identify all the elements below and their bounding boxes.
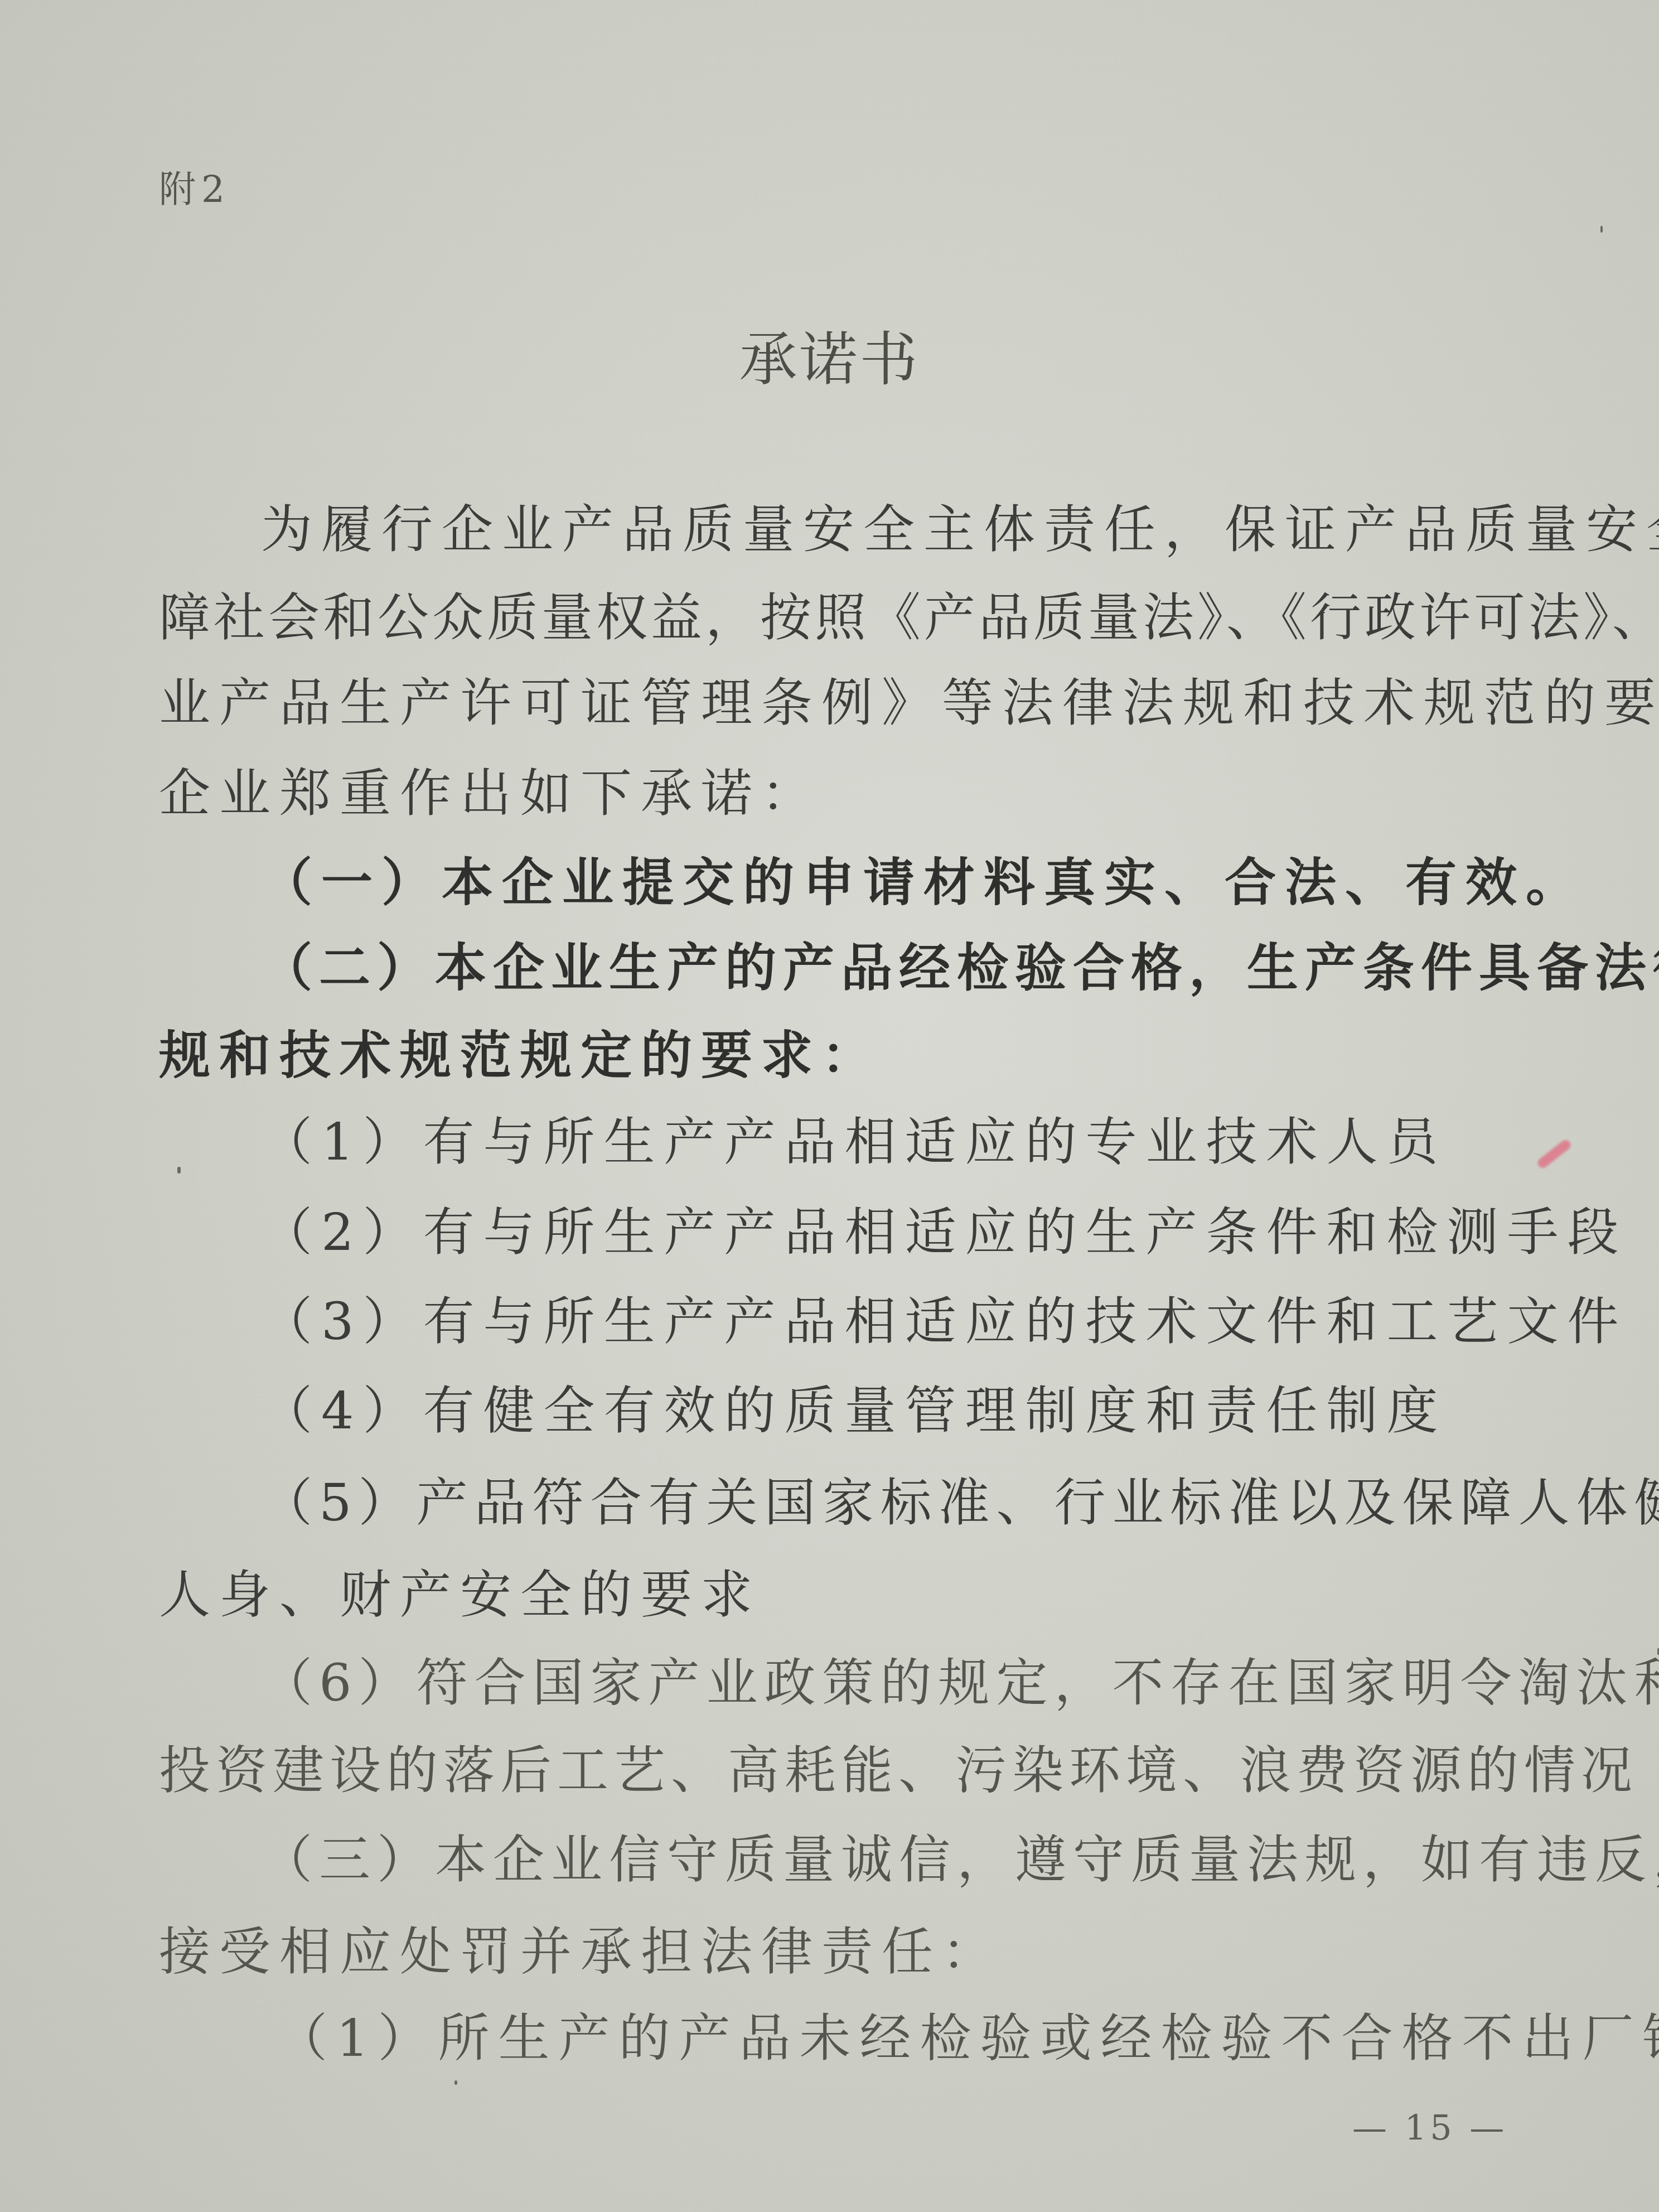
- requirement-item-6-line-2: 投资建设的落后工艺、高耗能、污染环境、浪费资源的情况: [159, 1740, 1638, 1802]
- requirement-item-6-line-1: （6）符合国家产业政策的规定，不存在国家明令淘汰和禁止: [261, 1653, 1659, 1714]
- document-page: 附2 承诺书 为履行企业产品质量安全主体责任，保证产品质量安全，保 障社会和公众…: [0, 0, 1659, 2212]
- requirement-item-4: （4）有健全有效的质量管理制度和责任制度: [261, 1380, 1447, 1442]
- requirement-item-1: （1）有与所生产产品相适应的专业技术人员: [261, 1112, 1447, 1173]
- commitment-3-line-2: 接受相应处罚并承担法律责任：: [159, 1921, 1002, 1983]
- red-ink-mark: [1536, 1138, 1573, 1170]
- page-number: — 15 —: [1352, 2105, 1507, 2150]
- attachment-label: 附2: [159, 167, 230, 212]
- paragraph-intro-line-3: 业产品生产许可证管理条例》等法律法规和技术规范的要求，本: [159, 673, 1659, 734]
- speck-mark: [454, 2080, 457, 2085]
- document-title: 承诺书: [0, 326, 1659, 393]
- requirement-item-5-line-2: 人身、财产安全的要求: [159, 1564, 761, 1626]
- commitment-3-line-1: （三）本企业信守质量诚信，遵守质量法规，如有违反，愿: [261, 1829, 1659, 1891]
- speck-mark: [177, 1167, 181, 1173]
- speck-mark: [1600, 226, 1603, 233]
- commitment-2-line-1: （二）本企业生产的产品经检验合格，生产条件具备法律法: [261, 937, 1659, 998]
- commitment-1: （一）本企业提交的申请材料真实、合法、有效。: [261, 852, 1586, 913]
- paragraph-intro-line-2: 障社会和公众质量权益，按照《产品质量法》、《行政许可法》、《工: [159, 587, 1659, 649]
- requirement-item-3: （3）有与所生产产品相适应的技术文件和工艺文件: [261, 1291, 1628, 1353]
- requirement-item-5-line-1: （5）产品符合有关国家标准、行业标准以及保障人体健康和: [261, 1472, 1659, 1534]
- paragraph-intro-line-4: 企业郑重作出如下承诺：: [159, 763, 821, 824]
- paragraph-intro-line-1: 为履行企业产品质量安全主体责任，保证产品质量安全，保: [261, 499, 1659, 561]
- liability-item-1: （1）所生产的产品未经检验或经检验不合格不出厂销售: [276, 2008, 1659, 2069]
- commitment-2-line-2: 规和技术规范规定的要求：: [159, 1025, 882, 1086]
- requirement-item-2: （2）有与所生产产品相适应的生产条件和检测手段: [261, 1202, 1628, 1263]
